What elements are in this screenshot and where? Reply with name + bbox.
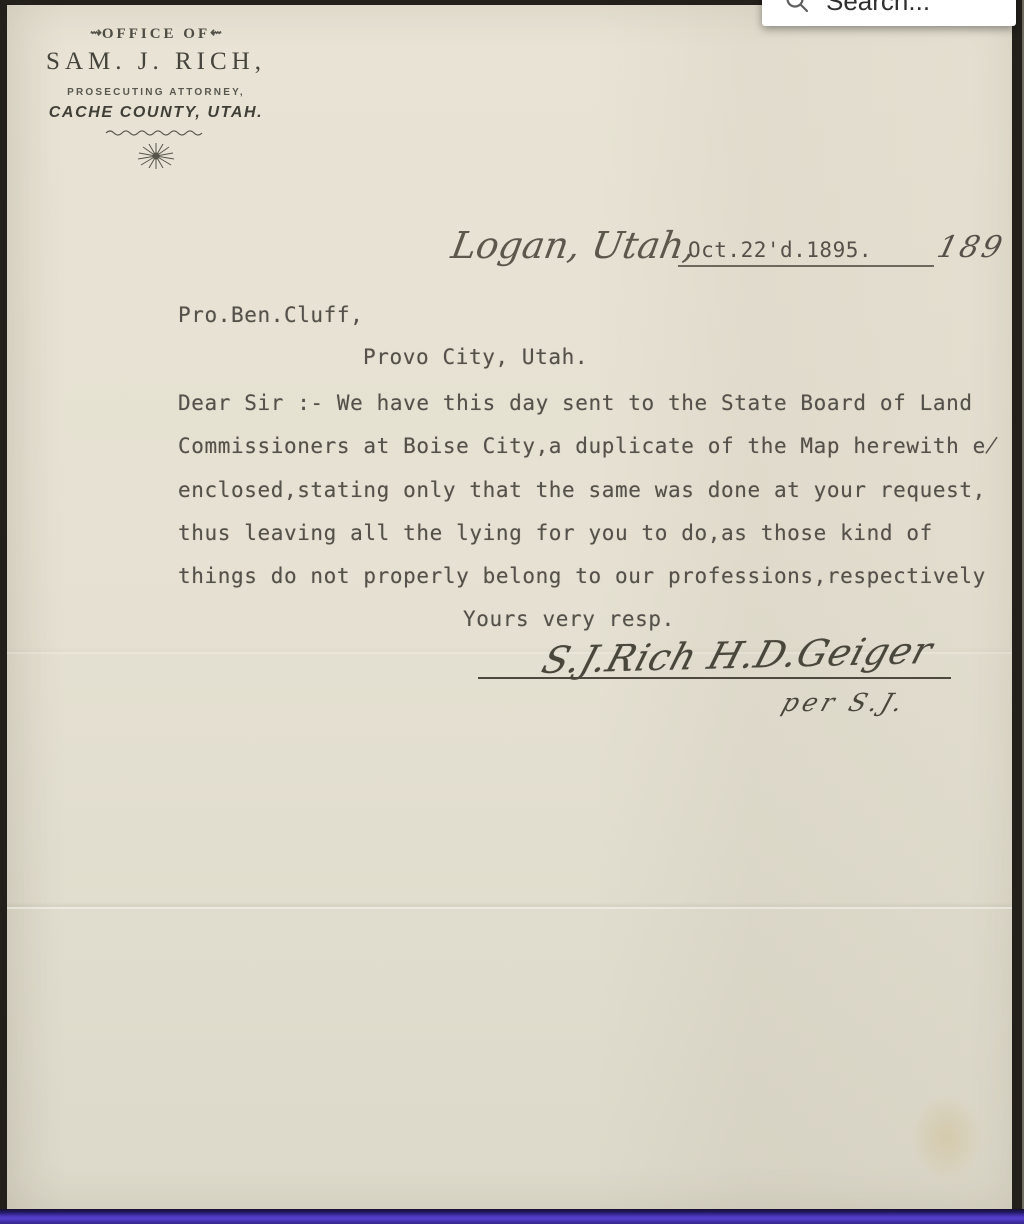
recipient-line: Pro.Ben.Cluff, bbox=[178, 303, 363, 327]
search-overlay[interactable] bbox=[762, 0, 1016, 26]
search-input[interactable] bbox=[824, 0, 998, 18]
body-line: things do not properly belong to our pro… bbox=[178, 564, 986, 588]
closing-line: Yours very resp. bbox=[463, 607, 675, 631]
body-line: thus leaving all the lying for you to do… bbox=[178, 521, 933, 545]
body-line: Dear Sir :- We have this day sent to the… bbox=[178, 391, 973, 415]
document-viewer: ⇝OFFICE OF⇜ SAM. J. RICH, PROSECUTING AT… bbox=[0, 0, 1024, 1224]
letterhead-office-line: ⇝OFFICE OF⇜ bbox=[25, 26, 287, 43]
search-icon bbox=[784, 0, 810, 14]
county-line: CACHE COUNTY, UTAH. bbox=[25, 104, 287, 122]
office-of-label: OFFICE OF bbox=[102, 26, 210, 42]
squiggle-divider-icon bbox=[25, 123, 287, 141]
dateline-typed-date: Oct.22'd.1895. bbox=[678, 238, 934, 267]
dateline-place: Logan, Utah, bbox=[448, 224, 699, 267]
rosette-ornament-icon bbox=[25, 141, 287, 176]
paper-stain bbox=[912, 1095, 982, 1180]
flourish-left-icon: ⇝ bbox=[90, 26, 102, 41]
signature-per-notation: per S.J. bbox=[778, 688, 910, 717]
letterhead: ⇝OFFICE OF⇜ SAM. J. RICH, PROSECUTING AT… bbox=[25, 26, 287, 176]
body-line: enclosed,stating only that the same was … bbox=[178, 478, 986, 502]
paper-crease-line bbox=[7, 907, 1012, 909]
attorney-name: SAM. J. RICH, bbox=[25, 48, 287, 76]
flourish-right-icon: ⇜ bbox=[210, 26, 222, 41]
body-line: Commissioners at Boise City,a duplicate … bbox=[178, 434, 998, 458]
dateline: Logan, Utah, Oct.22'd.1895. 189 bbox=[452, 222, 992, 282]
dateline-year-stub: 189 bbox=[934, 230, 1009, 265]
recipient-city-line: Provo City, Utah. bbox=[363, 345, 588, 369]
bottom-edge-bar bbox=[0, 1209, 1024, 1224]
attorney-title: PROSECUTING ATTORNEY, bbox=[25, 87, 287, 98]
